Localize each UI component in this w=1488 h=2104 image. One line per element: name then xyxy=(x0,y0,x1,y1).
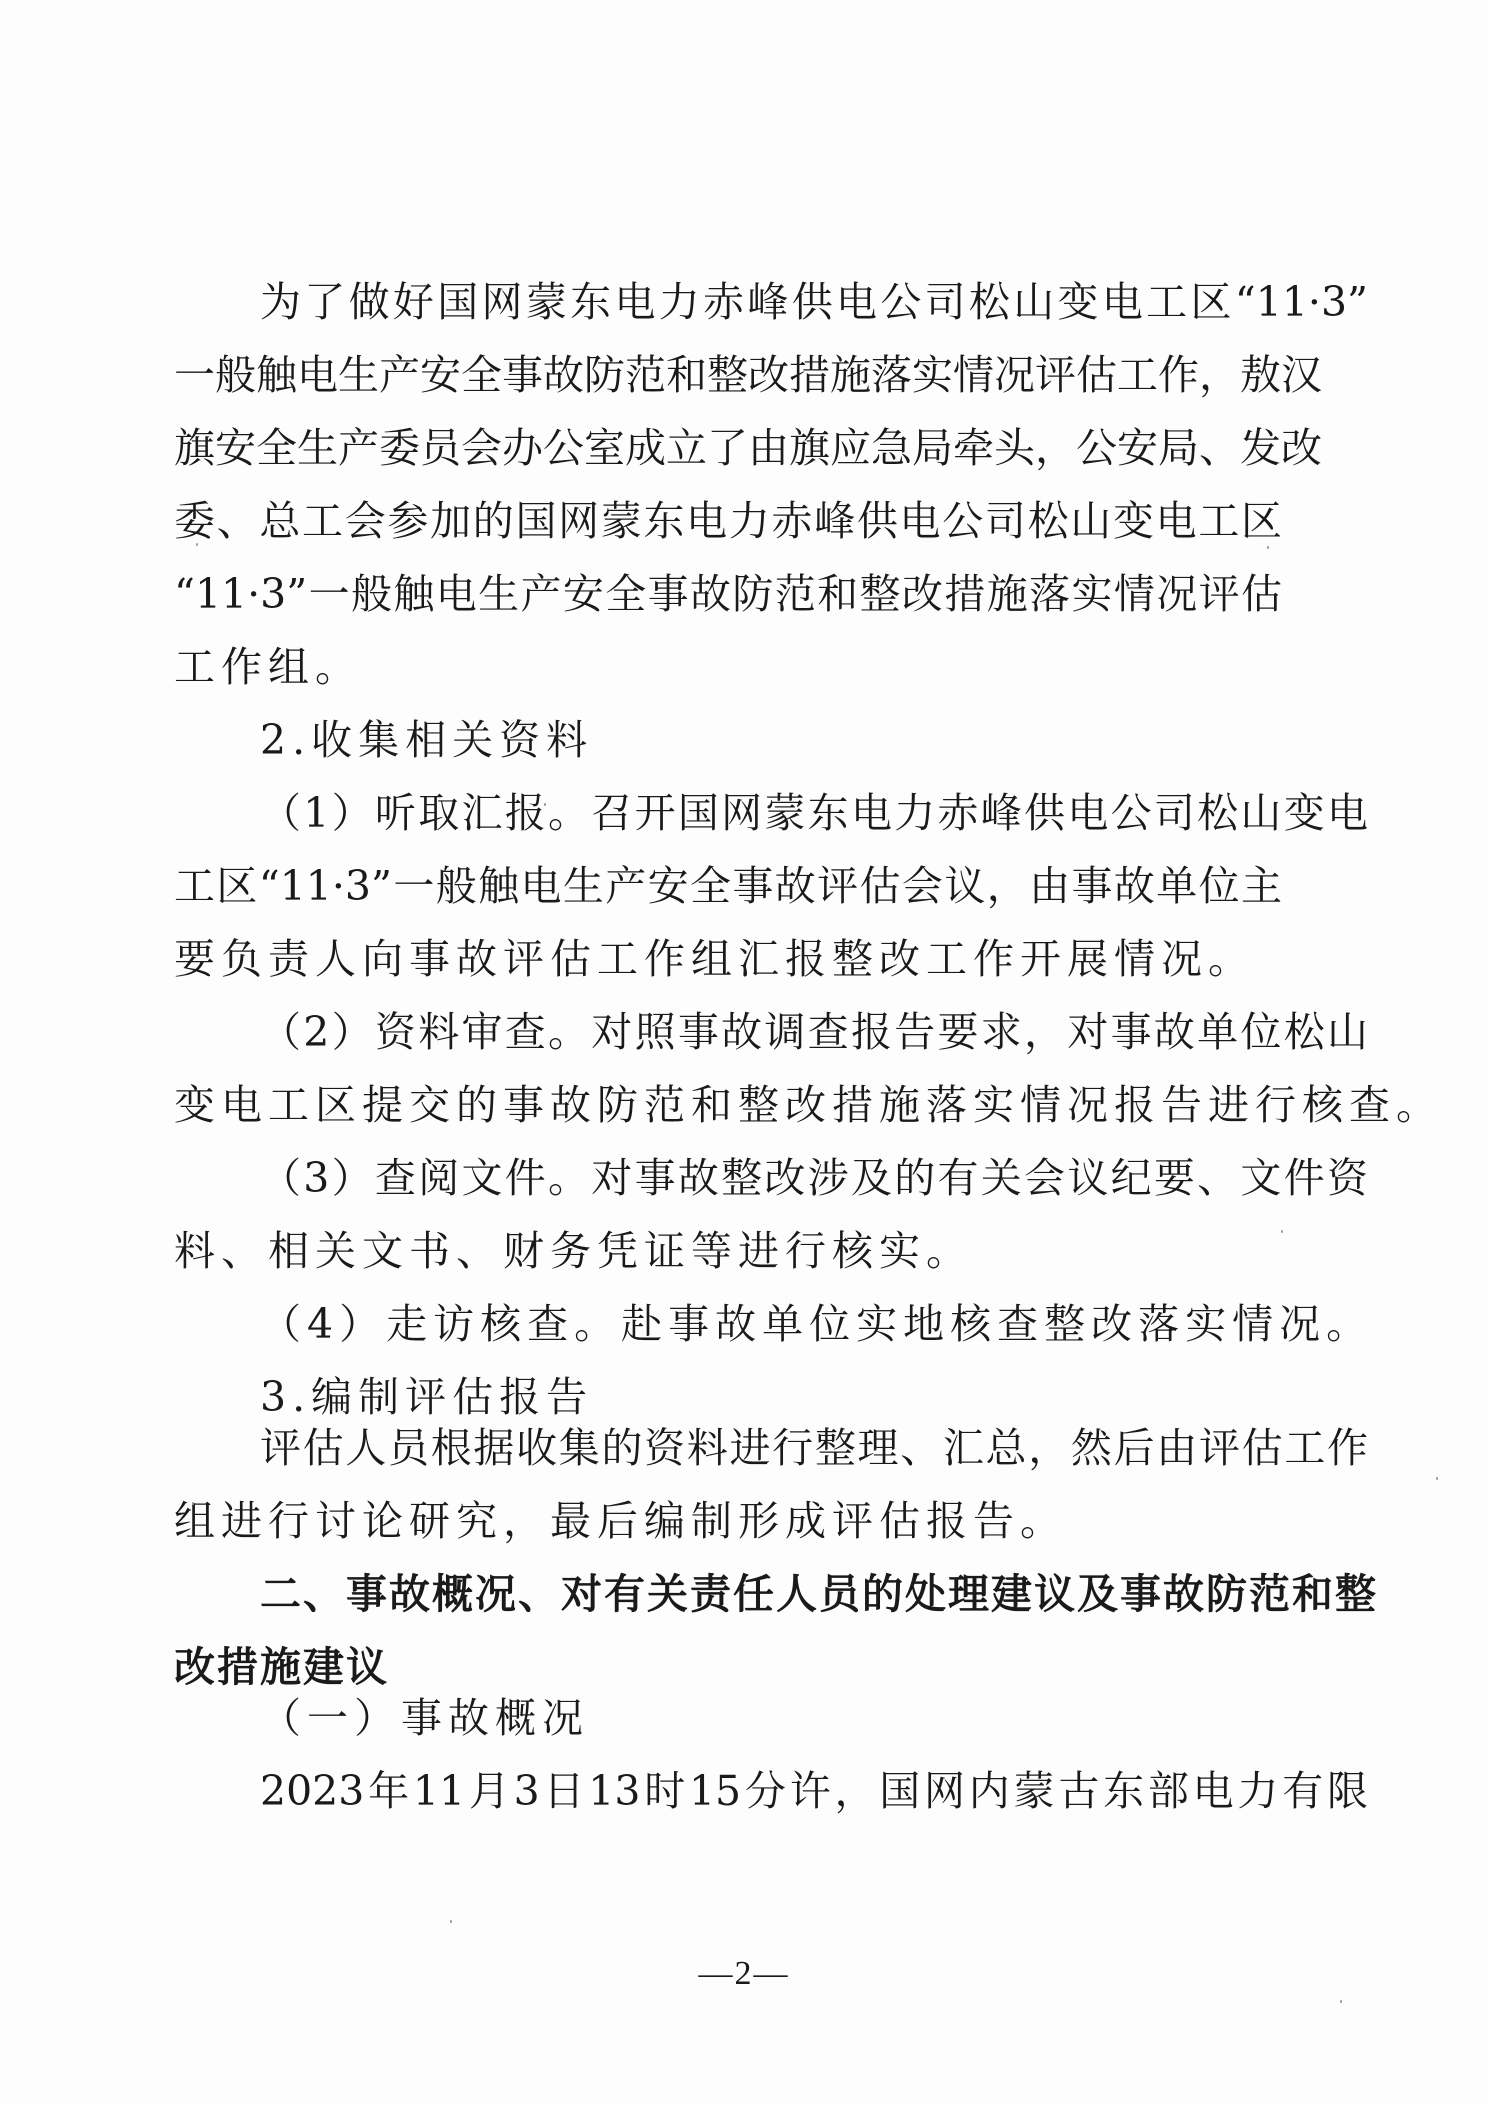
scan-speck xyxy=(1267,546,1269,549)
subsection-accident-overview-heading: （一）事故概况 xyxy=(260,1688,1368,1748)
item-4-line-1: （4）走访核查。赴事故单位实地核查整改落实情况。 xyxy=(260,1294,1368,1354)
intro-line-2: 一般触电生产安全事故防范和整改措施落实情况评估工作，敖汉 xyxy=(174,345,1282,405)
scan-speck xyxy=(544,803,546,806)
scan-speck xyxy=(450,1920,452,1923)
item-1-line-2: 工区“11·3”一般触电生产安全事故评估会议，由事故单位主 xyxy=(174,856,1282,916)
intro-line-4: 委、总工会参加的国网蒙东电力赤峰供电公司松山变电工区 xyxy=(174,491,1282,551)
item-1-line-1: （1）听取汇报。召开国网蒙东电力赤峰供电公司松山变电 xyxy=(260,783,1368,843)
item-2-line-1: （2）资料审查。对照事故调查报告要求，对事故单位松山 xyxy=(260,1002,1368,1062)
heading-collect-materials: 2.收集相关资料 xyxy=(260,710,1368,770)
item-1-line-3: 要负责人向事故评估工作组汇报整改工作开展情况。 xyxy=(174,929,1282,989)
report-body-line-2: 组进行讨论研究，最后编制形成评估报告。 xyxy=(174,1491,1282,1551)
intro-line-1: 为了做好国网蒙东电力赤峰供电公司松山变电工区“11·3” xyxy=(260,272,1368,332)
accident-overview-line-1: 2023年11月3日13时15分许，国网内蒙古东部电力有限 xyxy=(260,1761,1368,1821)
scan-speck xyxy=(196,543,198,546)
report-body-line-1: 评估人员根据收集的资料进行整理、汇总，然后由评估工作 xyxy=(260,1418,1368,1478)
item-3-line-2: 料、相关文书、财务凭证等进行核实。 xyxy=(174,1221,1282,1281)
scan-speck xyxy=(1340,2000,1342,2003)
page-number: —2— xyxy=(0,1955,1488,1993)
intro-line-6: 工作组。 xyxy=(174,637,1282,697)
scan-speck xyxy=(1436,1477,1438,1480)
intro-line-3: 旗安全生产委员会办公室成立了由旗应急局牵头，公安局、发改 xyxy=(174,418,1282,478)
item-2-line-2: 变电工区提交的事故防范和整改措施落实情况报告进行核查。 xyxy=(174,1075,1282,1135)
section-2-heading-line-1: 二、事故概况、对有关责任人员的处理建议及事故防范和整 xyxy=(260,1564,1368,1624)
scan-speck xyxy=(1281,1230,1283,1233)
document-page: 为了做好国网蒙东电力赤峰供电公司松山变电工区“11·3” 一般触电生产安全事故防… xyxy=(0,0,1488,2104)
intro-line-5: “11·3”一般触电生产安全事故防范和整改措施落实情况评估 xyxy=(174,564,1282,624)
scan-speck xyxy=(192,1502,194,1505)
item-3-line-1: （3）查阅文件。对事故整改涉及的有关会议纪要、文件资 xyxy=(260,1148,1368,1208)
